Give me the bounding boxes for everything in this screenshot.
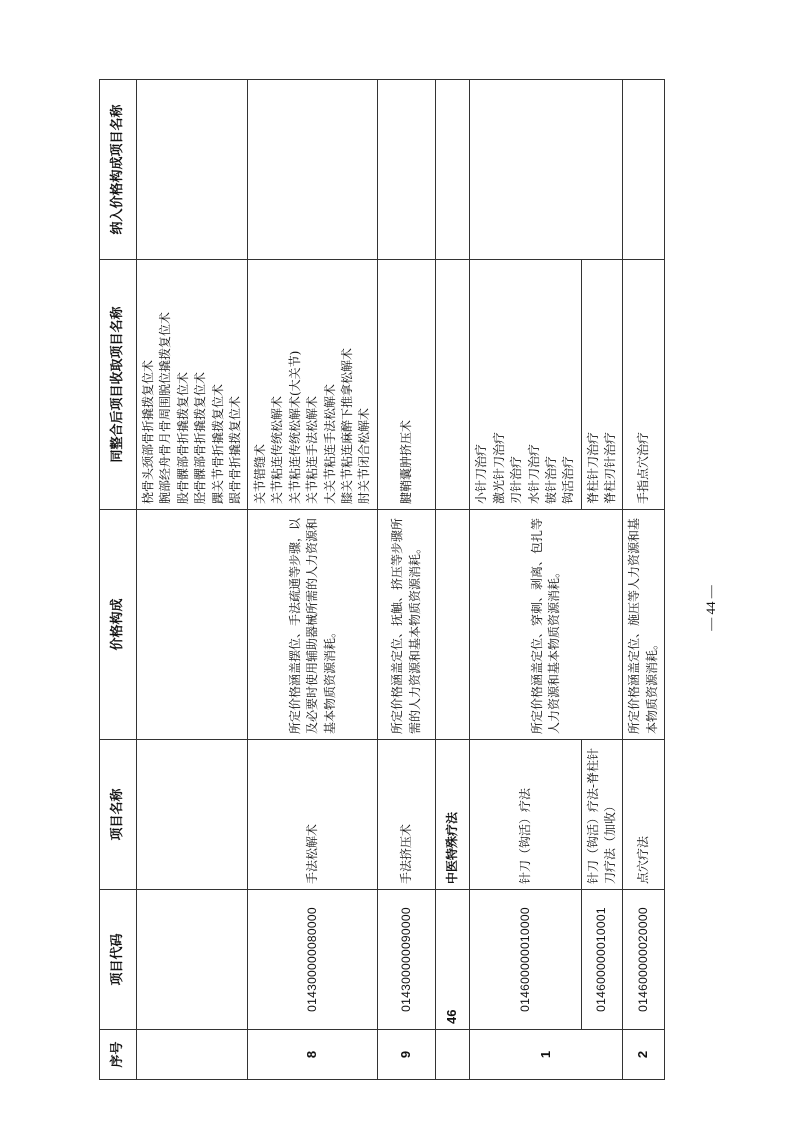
row-price-composition: 所定价格涵盖定位、抚触、挤压等步骤所需的人力资源和基本物质资源消耗。 (378, 510, 436, 740)
section-row: 46 中医特殊疗法 (436, 80, 470, 1080)
row-seq: 9 (378, 1030, 436, 1080)
header-price-composition: 价格构成 (100, 510, 137, 740)
row-code: 014600000020000 (623, 890, 665, 1030)
header-seq: 序号 (100, 1030, 137, 1080)
header-included-items: 纳入价格构成项目名称 (100, 80, 137, 260)
merged-items-cell: 手指点穴治疗 (623, 260, 665, 510)
section-seq: 46 (436, 890, 470, 1030)
row-name: 针刀（钩活）疗法 (470, 740, 581, 890)
merged-items-cell: 关节错缝术 关节粘连传统松解术 关节粘连传统松解术(大关节) 关节粘连手法松解术… (248, 260, 378, 510)
table-header-row: 序号 项目代码 项目名称 价格构成 同整合后项目收取项目名称 纳入价格构成项目名… (100, 80, 137, 1080)
pricing-table: 序号 项目代码 项目名称 价格构成 同整合后项目收取项目名称 纳入价格构成项目名… (99, 79, 665, 1080)
row-name: 手法挤压术 (378, 740, 436, 890)
header-code: 项目代码 (100, 890, 137, 1030)
row-name: 点穴疗法 (623, 740, 665, 890)
merged-items-cell: 脊柱针刀治疗 脊柱刃针治疗 (581, 260, 623, 510)
row-seq: 8 (248, 1030, 378, 1080)
merged-items-cell: 腱鞘囊肿挤压术 (378, 260, 436, 510)
row-code: 014600000010001 (581, 890, 623, 1030)
row-code: 014600000010000 (470, 890, 581, 1030)
page-number: — 44 — (703, 585, 719, 631)
row-price-composition: 所定价格涵盖定位、穿刺、剥离、包扎等人力资源和基本物质资源消耗。 (470, 510, 623, 740)
row-name: 针刀（钩活）疗法-脊柱针刀疗法（加收） (581, 740, 623, 890)
rotated-table-wrapper: 序号 项目代码 项目名称 价格构成 同整合后项目收取项目名称 纳入价格构成项目名… (99, 80, 695, 1080)
header-name: 项目名称 (100, 740, 137, 890)
table-row-continued: 桡骨头颈部骨折撬拨复位术 腕部经舟骨月骨周围脱位撬拨复位术 股骨髁部骨折撬拨复位… (137, 80, 248, 1080)
row-code: 014300000080000 (248, 890, 378, 1030)
table-row: 9 014300000090000 手法挤压术 所定价格涵盖定位、抚触、挤压等步… (378, 80, 436, 1080)
row-price-composition: 所定价格涵盖定位、施压等人力资源和基本物质资源消耗。 (623, 510, 665, 740)
row-seq: 2 (623, 1030, 665, 1080)
table-row: 8 014300000080000 手法松解术 所定价格涵盖摆位、手法疏通等步骤… (248, 80, 378, 1080)
table-row: 1 014600000010000 针刀（钩活）疗法 所定价格涵盖定位、穿刺、剥… (470, 80, 581, 1080)
section-title: 中医特殊疗法 (436, 740, 470, 890)
merged-items-cell: 小针刀治疗 激光针刀治疗 刃针治疗 水针刀治疗 铍针治疗 钩活治疗 (470, 260, 581, 510)
merged-items-cell: 桡骨头颈部骨折撬拨复位术 腕部经舟骨月骨周围脱位撬拨复位术 股骨髁部骨折撬拨复位… (137, 260, 248, 510)
row-seq: 1 (470, 1030, 623, 1080)
header-merged-items: 同整合后项目收取项目名称 (100, 260, 137, 510)
row-name: 手法松解术 (248, 740, 378, 890)
row-code: 014300000090000 (378, 890, 436, 1030)
table-row: 2 014600000020000 点穴疗法 所定价格涵盖定位、施压等人力资源和… (623, 80, 665, 1080)
row-price-composition: 所定价格涵盖摆位、手法疏通等步骤，以及必要时使用辅助器械所需的人力资源和基本物质… (248, 510, 378, 740)
